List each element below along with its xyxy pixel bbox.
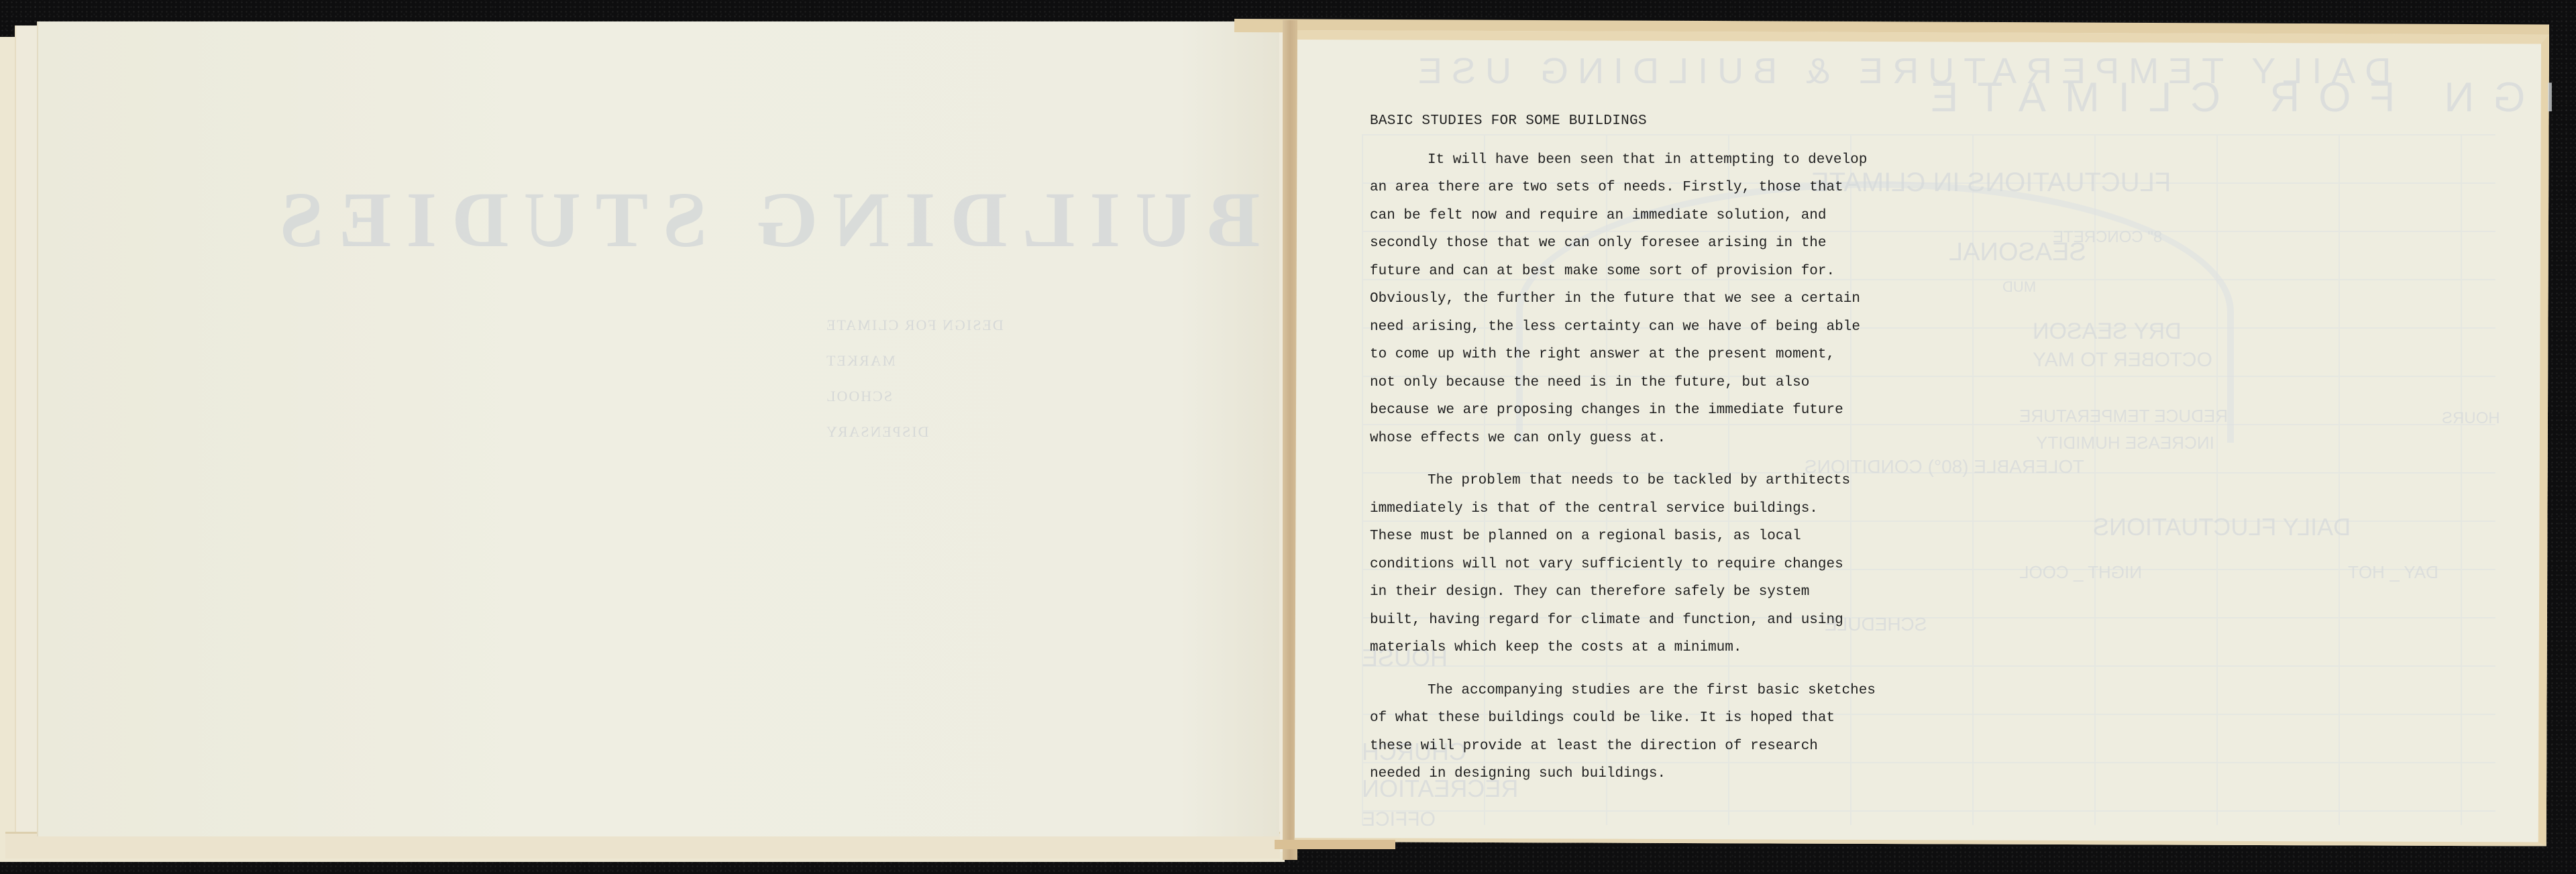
show-through-label: MUD: [2002, 278, 2036, 296]
text-line: not only because the need is in the futu…: [1370, 369, 1927, 397]
document-heading: BASIC STUDIES FOR SOME BUILDINGS: [1370, 107, 1927, 135]
left-page-show-through-item: DISPENSARY: [825, 423, 928, 441]
text-line: conditions will not vary sufficiently to…: [1370, 551, 1927, 579]
left-page-show-through-title: BUILDING STUDIES: [265, 174, 1260, 266]
show-through-label: DRY SEASON: [2033, 319, 2182, 345]
text-line: of what these buildings could be like. I…: [1370, 704, 1927, 732]
text-line: an area there are two sets of needs. Fir…: [1370, 174, 1927, 202]
text-line: The accompanying studies are the first b…: [1370, 677, 1927, 705]
page-bottom-edge: [1275, 840, 1395, 849]
paragraph-3: The accompanying studies are the first b…: [1370, 677, 1927, 788]
show-through-label: DAY _ HOT: [2348, 562, 2438, 583]
left-page: [37, 21, 1279, 836]
show-through-label: HOURS: [2442, 409, 2500, 428]
left-page-show-through-item: SCHOOL: [825, 388, 892, 405]
text-line: can be felt now and require an immediate…: [1370, 202, 1927, 230]
left-page-show-through-item: DESIGN FOR CLIMATE: [825, 317, 1004, 334]
text-line: need arising, the less certainty can we …: [1370, 313, 1927, 341]
typewritten-document: BASIC STUDIES FOR SOME BUILDINGS It will…: [1370, 107, 1927, 803]
show-through-label: INCREASE HUMIDITY: [2036, 433, 2214, 453]
text-line: materials which keep the costs at a mini…: [1370, 634, 1927, 662]
text-line: These must be planned on a regional basi…: [1370, 523, 1927, 551]
text-line: in their design. They can therefore safe…: [1370, 578, 1927, 606]
text-line: future and can at best make some sort of…: [1370, 258, 1927, 286]
text-line: immediately is that of the central servi…: [1370, 495, 1927, 523]
show-through-label: OCTOBER TO MAY: [2033, 349, 2212, 372]
show-through-label: REDUCE TEMPERATURE: [2019, 406, 2228, 427]
text-line: secondly those that we can only foresee …: [1370, 229, 1927, 258]
show-through-label: DAILY FLUCTUATIONS: [2093, 513, 2351, 541]
text-line: The problem that needs to be tackled by …: [1370, 467, 1927, 495]
paragraph-2: The problem that needs to be tackled by …: [1370, 467, 1927, 662]
text-line: whose effects we can only guess at.: [1370, 425, 1927, 453]
text-line: Obviously, the further in the future tha…: [1370, 285, 1927, 313]
paragraph-1: It will have been seen that in attemptin…: [1370, 146, 1927, 453]
show-through-row-label: OFFICE: [1362, 808, 1436, 831]
text-line: these will provide at least the directio…: [1370, 732, 1927, 761]
text-line: built, having regard for climate and fun…: [1370, 606, 1927, 635]
text-line: to come up with the right answer at the …: [1370, 341, 1927, 369]
show-through-title: DESIGN FOR CLIMATE: [1912, 74, 2576, 121]
text-line: because we are proposing changes in the …: [1370, 396, 1927, 425]
text-line: It will have been seen that in attemptin…: [1370, 146, 1927, 174]
left-page-show-through-item: MARKET: [825, 352, 896, 370]
show-through-label: 8" CONCRETE: [2053, 228, 2162, 247]
show-through-label: NIGHT _ COOL: [2019, 562, 2142, 583]
text-line: needed in designing such buildings.: [1370, 760, 1927, 788]
